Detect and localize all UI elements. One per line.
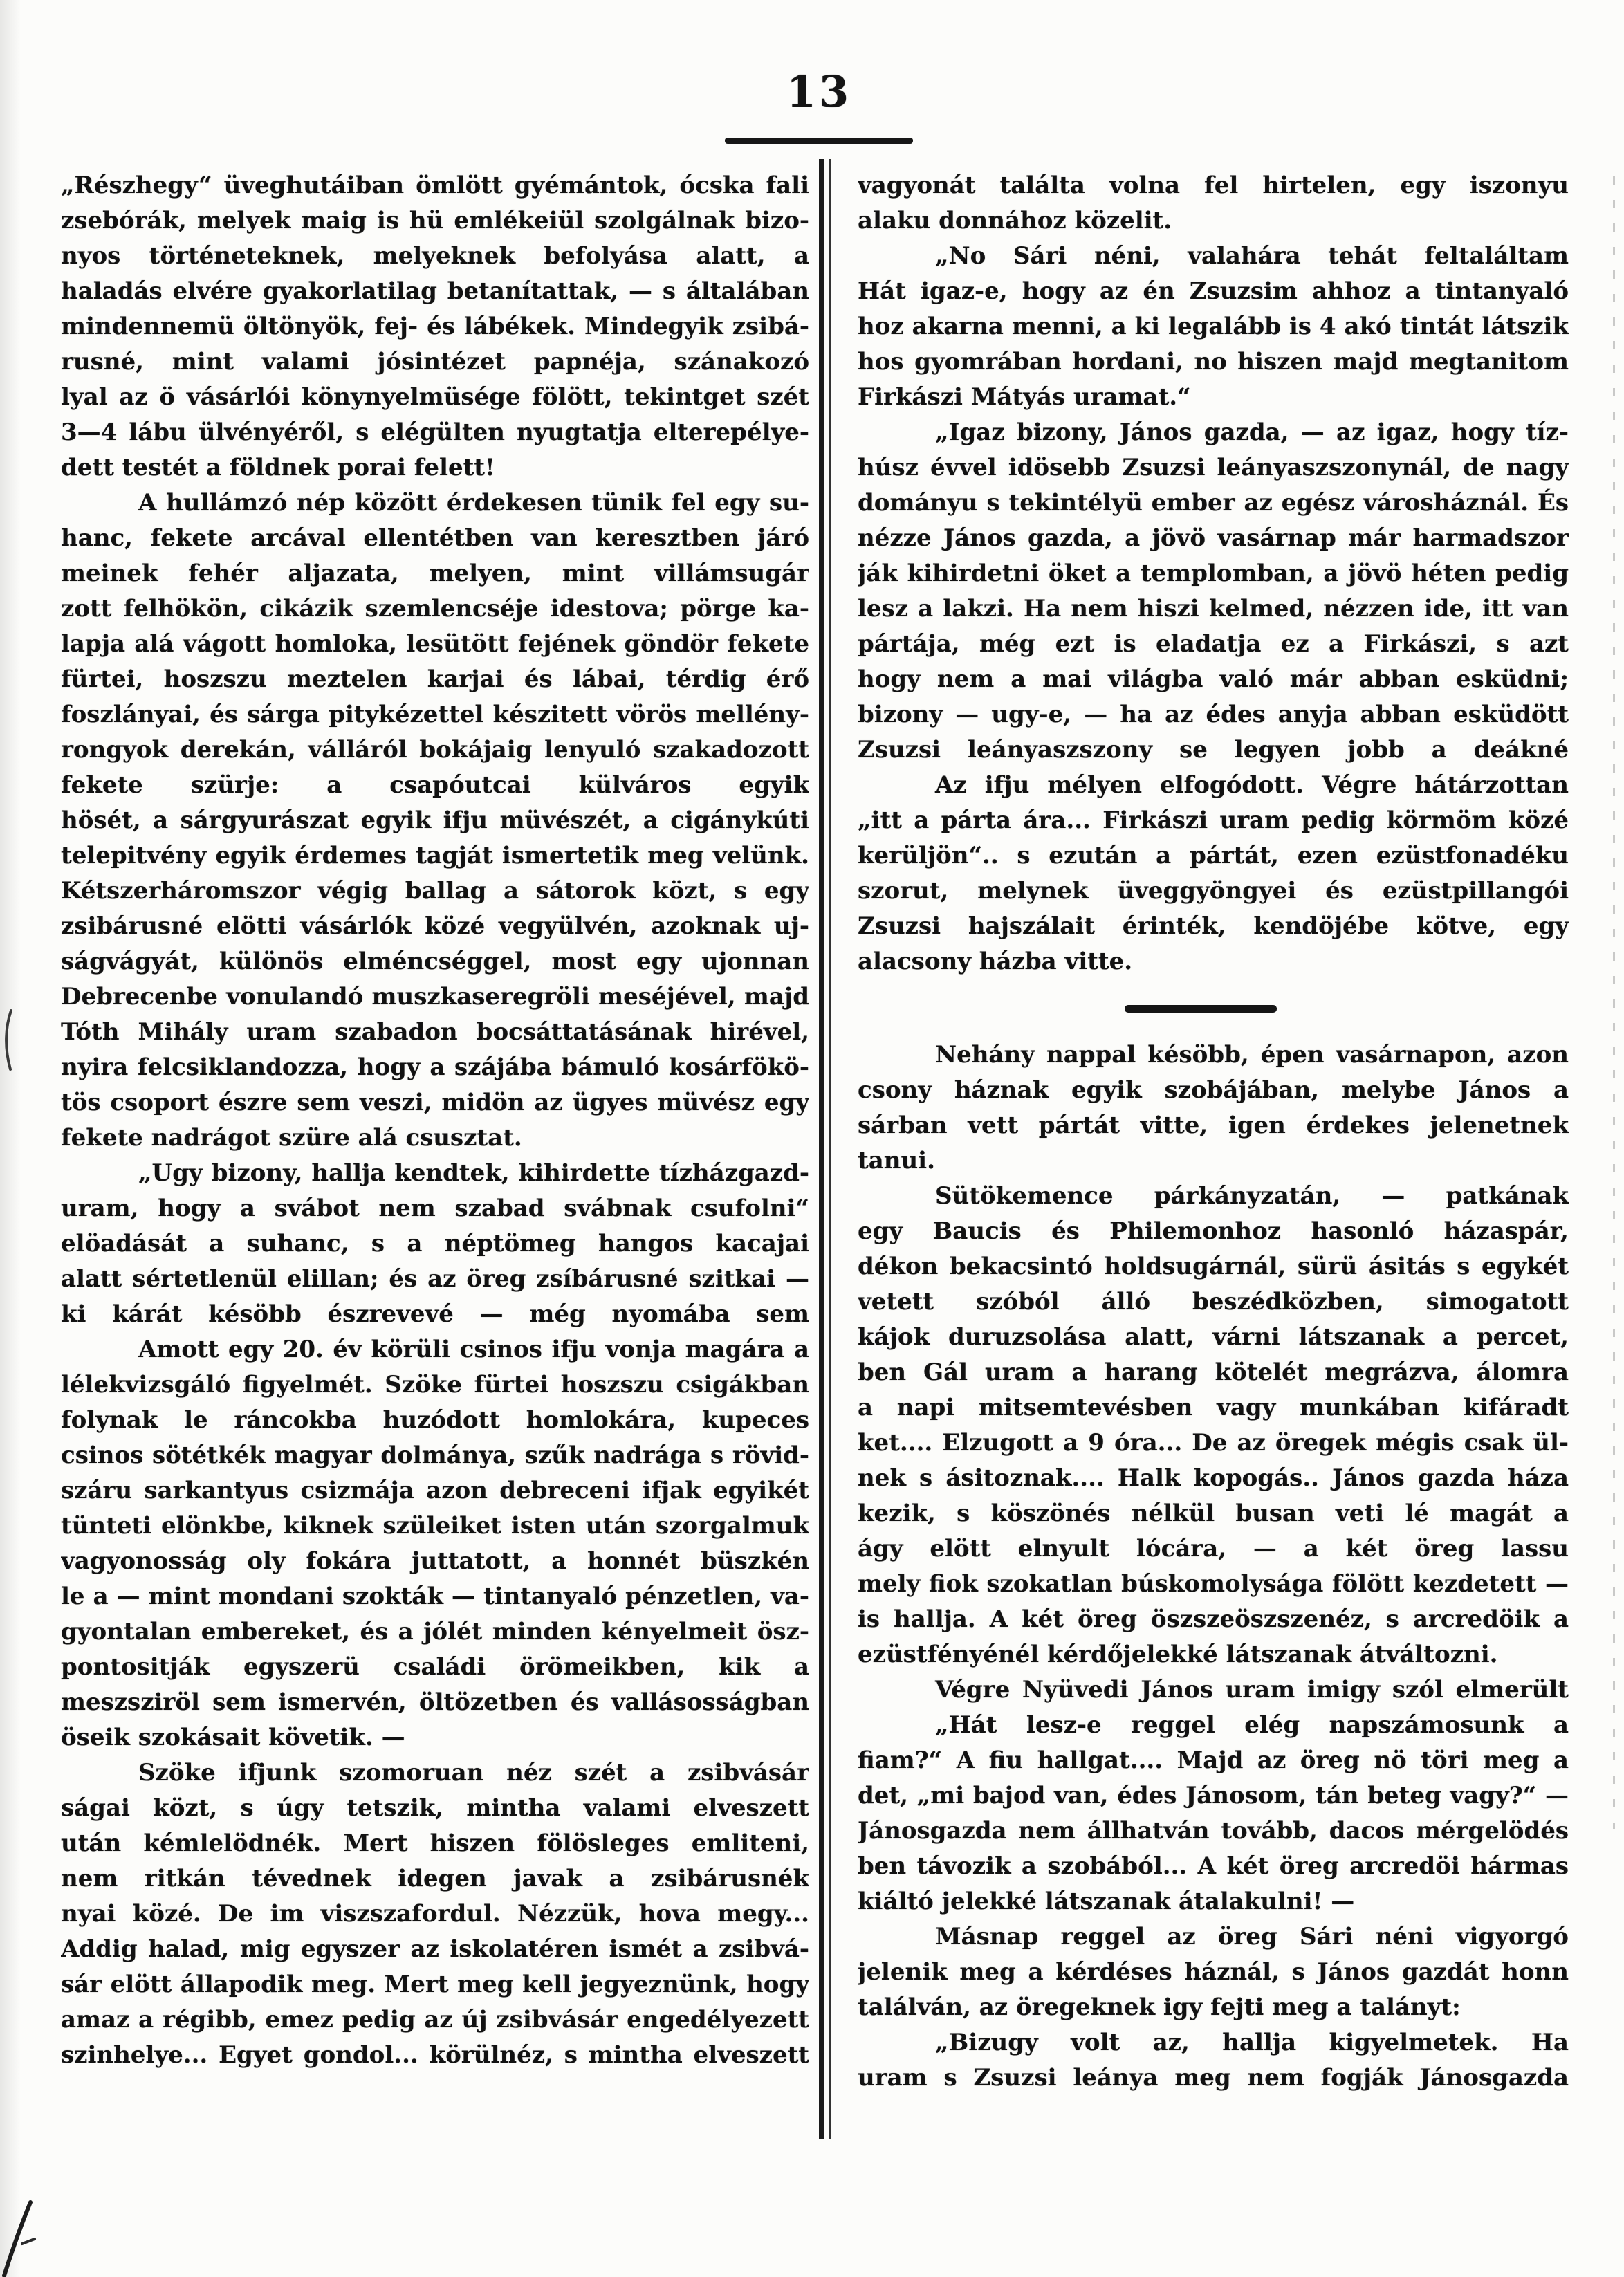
- text-line: uram, hogy a svábot nem szabad svábnak c…: [61, 1191, 809, 1226]
- text-line: le a — mint mondani szokták — tintanyaló…: [61, 1579, 809, 1614]
- text-line: lapja alá vágott homloka, lesütött fején…: [61, 627, 809, 662]
- text-line: nek s ásitoznak.... Halk kopogás.. János…: [858, 1461, 1569, 1496]
- text-line: Debrecenbe vonulandó muszkaseregröli mes…: [61, 979, 809, 1015]
- text-line: vagyonosság oly fokára juttatott, a honn…: [61, 1544, 809, 1579]
- text-line: nem ritkán tévednek idegen javak a zsibá…: [61, 1861, 809, 1897]
- text-line: lélekvizsgáló figyelmét. Szöke fürtei ho…: [61, 1367, 809, 1403]
- text-line: találván, az öregeknek igy fejti meg a t…: [858, 1990, 1569, 2025]
- page-number-rule: [725, 138, 913, 144]
- text-line: elöadását a suhanc, s a néptömeg hangos …: [61, 1226, 809, 1262]
- text-line: zsebórák, melyek maig is hü emlékeiül sz…: [61, 203, 809, 239]
- scan-edge-streak: [1613, 176, 1615, 1829]
- text-line: uram s Zsuzsi leánya meg nem fogják Jáno…: [858, 2061, 1569, 2096]
- text-line: rongyok derekán, válláról bokájaig lenyu…: [61, 732, 809, 768]
- text-line: nyai közé. De im viszszafordul. Nézzük, …: [61, 1897, 809, 1932]
- text-line: „itt a párta ára... Firkászi uram pedig …: [858, 803, 1569, 838]
- text-line: „Részhegy“ üveghutáiban ömlött gyémántok…: [61, 168, 809, 203]
- text-line: fiam?“ A fiu hallgat.... Majd az öreg nö…: [858, 1743, 1569, 1778]
- column-divider-line-thick: [819, 159, 824, 2139]
- text-line: ezüstfényénél kérdőjelekké látszanak átv…: [858, 1637, 1569, 1672]
- text-line: folynak le ráncokba huzódott homlokára, …: [61, 1403, 809, 1438]
- text-line: zott felhökön, cikázik szemlencséje ides…: [61, 591, 809, 627]
- text-line: hos gyomrában hordani, no hiszen majd me…: [858, 344, 1569, 380]
- right-text-column: vagyonát találta volna fel hirtelen, egy…: [858, 168, 1569, 2096]
- text-line: ben távozik a szobából... A két öreg arc…: [858, 1849, 1569, 1884]
- text-line: „Igaz bizony, János gazda, — az igaz, ho…: [858, 415, 1569, 450]
- text-line: vagyonát találta volna fel hirtelen, egy…: [858, 168, 1569, 203]
- text-line: Nehány nappal késöbb, épen vasárnapon, a…: [858, 1038, 1569, 1073]
- text-line: szinhelye... Egyet gondol... körülnéz, s…: [61, 2038, 809, 2073]
- text-line: „Ugy bizony, hallja kendtek, kihirdette …: [61, 1156, 809, 1191]
- text-line: Firkászi Mátyás uramat.“: [858, 380, 1569, 415]
- text-line: nyira felcsiklandozza, hogy a szájába bá…: [61, 1050, 809, 1085]
- text-line: ki kárát késöbb észrevevé — még nyomába …: [61, 1297, 809, 1332]
- text-line: ják kihirdetni öket a templomban, a jövö…: [858, 556, 1569, 591]
- text-line: alacsony házba vitte.: [858, 944, 1569, 979]
- text-line: sár elött állapodik meg. Mert meg kell j…: [61, 1967, 809, 2002]
- text-line: egy Baucis és Philemonhoz hasonló házasp…: [858, 1214, 1569, 1249]
- text-line: után kémlelödnék. Mert hiszen fölösleges…: [61, 1826, 809, 1861]
- text-line: Zsuzsi hajszálait érinték, kendöjébe köt…: [858, 909, 1569, 944]
- text-line: bizony — ugy-e, — ha az édes anyja abban…: [858, 697, 1569, 732]
- text-line: A hullámzó nép között érdekesen tünik fe…: [61, 486, 809, 521]
- text-line: amaz a régibb, emez pedig az új zsibvásá…: [61, 2002, 809, 2038]
- left-text-column: „Részhegy“ üveghutáiban ömlött gyémántok…: [61, 168, 809, 2073]
- text-line: sárban vett pártát vitte, igen érdekes j…: [858, 1108, 1569, 1143]
- text-line: dett testét a földnek porai felett!: [61, 450, 809, 486]
- text-line: Zsuzsi leányaszszony se legyen jobb a de…: [858, 732, 1569, 768]
- text-line: Jánosgazda nem állhatván tovább, dacos m…: [858, 1814, 1569, 1849]
- pen-mark-left-margin: [0, 1008, 21, 1072]
- text-line: kájok duruzsolása alatt, várni látszanak…: [858, 1320, 1569, 1355]
- section-separator: [858, 979, 1569, 1038]
- page-number: 13: [723, 66, 914, 117]
- text-line: fekete szürje: a csapóutcai külváros egy…: [61, 768, 809, 803]
- text-line: „No Sári néni, valahára tehát feltalálta…: [858, 239, 1569, 274]
- text-line: nyos történeteknek, melyeknek befolyása …: [61, 239, 809, 274]
- text-line: jelenik meg a kérdéses háznál, s János g…: [858, 1955, 1569, 1990]
- text-line: Hát igaz-e, hogy az én Zsuzsim ahhoz a t…: [858, 274, 1569, 309]
- text-line: meszsziröl sem ismervén, öltözetben és v…: [61, 1685, 809, 1720]
- text-line: szorut, melynek üveggyöngyei és ezüstpil…: [858, 874, 1569, 909]
- pen-mark-bottom-left: [0, 2198, 90, 2277]
- text-line: pártája, még ezt is eladatja ez a Firkás…: [858, 627, 1569, 662]
- text-line: Szöke ifjunk szomoruan néz szét a zsibvá…: [61, 1755, 809, 1791]
- text-line: pontositják egyszerü családi örömeikben,…: [61, 1650, 809, 1685]
- scanned-book-page: 13 „Részhegy“ üveghutáiban ömlött gyémán…: [0, 0, 1624, 2277]
- column-divider: [819, 159, 833, 2139]
- text-line: tanui.: [858, 1143, 1569, 1179]
- text-line: dékon bekacsintó holdsugárnál, sürü ásit…: [858, 1249, 1569, 1284]
- text-line: Másnap reggel az öreg Sári néni vigyorgó…: [858, 1919, 1569, 1955]
- text-line: ket.... Elzugott a 9 óra... De az öregek…: [858, 1426, 1569, 1461]
- text-line: Végre Nyüvedi János uram imigy szól elme…: [858, 1672, 1569, 1708]
- text-line: Kétszerháromszor végig ballag a sátorok …: [61, 874, 809, 909]
- text-line: hogy nem a mai világba való már abban es…: [858, 662, 1569, 697]
- text-line: csinos sötétkék magyar dolmánya, szűk na…: [61, 1438, 809, 1473]
- text-line: kezik, s köszönés nélkül busan veti lé m…: [858, 1496, 1569, 1531]
- scan-edge-shading: [0, 0, 21, 2277]
- text-line: foszlányai, és sárga pitykézettel készit…: [61, 697, 809, 732]
- text-line: lesz a lakzi. Ha nem hiszi kelmed, nézze…: [858, 591, 1569, 627]
- text-line: dományu s tekintélyü ember az egész váro…: [858, 486, 1569, 521]
- text-line: Az ifju mélyen elfogódott. Végre hátárzo…: [858, 768, 1569, 803]
- text-line: alatt sértetlenül elillan; és az öreg zs…: [61, 1262, 809, 1297]
- text-line: Amott egy 20. év körüli csinos ifju vonj…: [61, 1332, 809, 1367]
- text-line: száru sarkantyus csizmája azon debreceni…: [61, 1473, 809, 1509]
- text-line: alaku donnához közelit.: [858, 203, 1569, 239]
- text-line: kerüljön“.. s ezután a pártát, ezen ezüs…: [858, 838, 1569, 874]
- text-line: a napi mitsemtevésben vagy munkában kifá…: [858, 1390, 1569, 1426]
- text-line: 3—4 lábu ülvényéről, s elégülten nyugtat…: [61, 415, 809, 450]
- text-line: mindennemü öltönyök, fej- és lábékek. Mi…: [61, 309, 809, 344]
- text-line: gyontalan embereket, és a jólét minden k…: [61, 1614, 809, 1650]
- text-line: tös csoport észre sem veszi, midön az üg…: [61, 1085, 809, 1121]
- text-line: húsz évvel idösebb Zsuzsi leányaszszonyn…: [858, 450, 1569, 486]
- text-line: hoz akarna menni, a ki legalább is 4 akó…: [858, 309, 1569, 344]
- text-line: telepitvény egyik érdemes tagját ismerte…: [61, 838, 809, 874]
- text-line: vetett szóból álló beszédközben, simogat…: [858, 1284, 1569, 1320]
- text-line: lyal az ö vásárlói könynyelmüsége fölött…: [61, 380, 809, 415]
- text-line: fürtei, hoszszu meztelen karjai és lábai…: [61, 662, 809, 697]
- text-line: Sütökemence párkányzatán, — patkának nev…: [858, 1179, 1569, 1214]
- text-line: hanc, fekete arcával ellentétben van ker…: [61, 521, 809, 556]
- text-line: meinek fehér aljazata, melyen, mint vill…: [61, 556, 809, 591]
- text-line: fekete nadrágot szüre alá csusztat.: [61, 1121, 809, 1156]
- text-line: mely fiok szokatlan búskomolysága fölött…: [858, 1567, 1569, 1602]
- text-line: tünteti elönkbe, kiknek szüleiket isten …: [61, 1509, 809, 1544]
- text-line: ben Gál uram a harang kötelét megrázva, …: [858, 1355, 1569, 1390]
- text-line: zsibárusné elötti vásárlók közé vegyülvé…: [61, 909, 809, 944]
- text-line: ságvágyát, különös elméncséggel, most eg…: [61, 944, 809, 979]
- text-line: csony háznak egyik szobájában, melybe Já…: [858, 1073, 1569, 1108]
- text-line: Addig halad, mig egyszer az iskolatéren …: [61, 1932, 809, 1967]
- text-line: „Hát lesz-e reggel elég napszámosunk a t…: [858, 1708, 1569, 1743]
- text-line: „Bizugy volt az, hallja kigyelmetek. Ha …: [858, 2025, 1569, 2061]
- text-line: nézze János gazda, a jövö vasárnap már h…: [858, 521, 1569, 556]
- text-line: haladás elvére gyakorlatilag betanítatta…: [61, 274, 809, 309]
- text-line: ságai közt, s úgy tetszik, mintha valami…: [61, 1791, 809, 1826]
- text-line: Tóth Mihály uram szabadon bocsáttatásána…: [61, 1015, 809, 1050]
- text-line: hösét, a sárgyurászat egyik ifju müvészé…: [61, 803, 809, 838]
- text-line: ágy elött elnyult lócára, — a két öreg l…: [858, 1531, 1569, 1567]
- text-line: det, „mi bajod van, édes Jánosom, tán be…: [858, 1778, 1569, 1814]
- text-line: is hallja. A két öreg öszszeöszszenéz, s…: [858, 1602, 1569, 1637]
- column-divider-line-thin: [829, 159, 831, 2139]
- section-separator-rule: [1125, 1005, 1277, 1013]
- text-line: kiáltó jelekké látszanak átalakulni! —: [858, 1884, 1569, 1919]
- text-line: öseik szokásait követik. —: [61, 1720, 809, 1755]
- text-line: rusné, mint valami jósintézet papnéja, s…: [61, 344, 809, 380]
